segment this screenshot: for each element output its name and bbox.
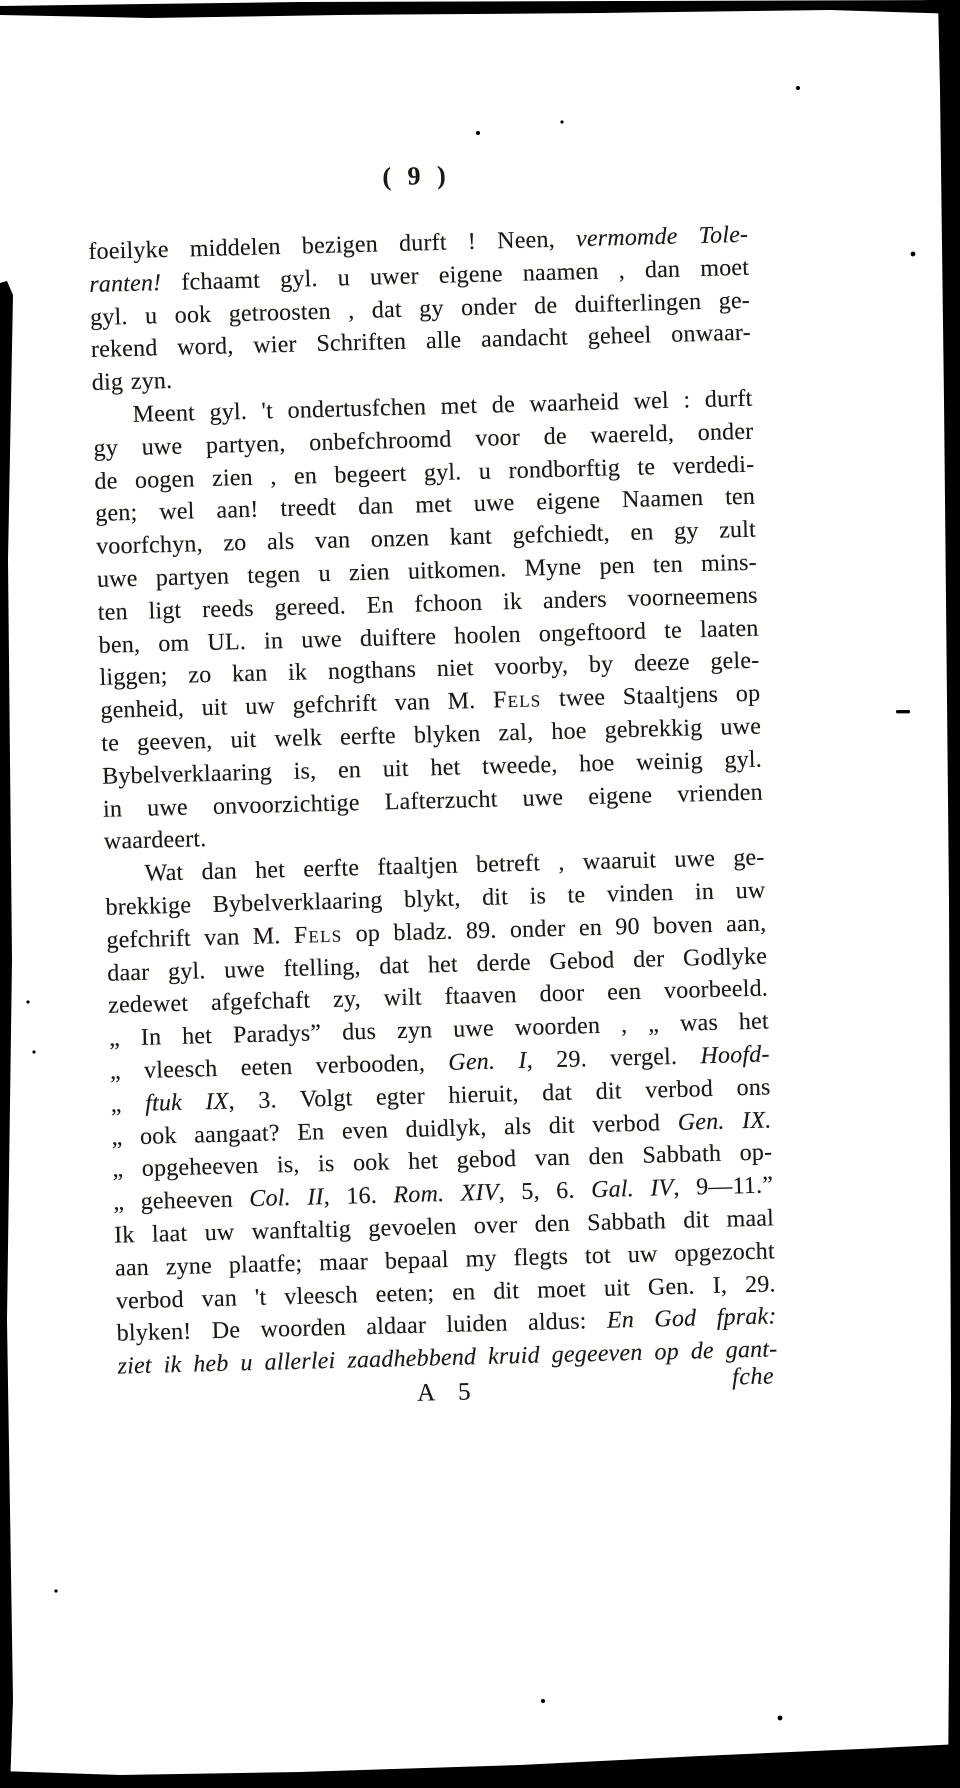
text-run: Col. II <box>249 1184 324 1212</box>
text-run: Gen. I <box>448 1048 527 1076</box>
text-run: Rom. XIV <box>393 1180 499 1209</box>
text-run: Gal. IV <box>591 1175 674 1203</box>
page-text-block: ( 9 ) foeilyke middelen bezigen durft ! … <box>88 219 779 1419</box>
text-run: ftuk IX <box>145 1088 229 1116</box>
top-right-blob <box>925 0 960 52</box>
text-run: , 29. vergel. <box>526 1043 700 1074</box>
body-text: foeilyke middelen bezigen durft ! Neen, … <box>88 219 778 1384</box>
text-run: vermomde Tole- <box>576 222 749 252</box>
text-run: waardeert. <box>104 826 207 855</box>
text-run: Fels <box>294 921 343 948</box>
text-run: Hoofd- <box>700 1041 770 1069</box>
text-run: , 9—11.” <box>673 1173 773 1202</box>
text-run: En God fprak: <box>607 1304 777 1334</box>
text-run: „ geheeven <box>113 1186 250 1216</box>
left-edge-strip <box>0 281 13 1788</box>
speck <box>796 86 800 90</box>
speck <box>541 1699 545 1703</box>
text-run: ranten! <box>89 270 162 298</box>
page-number: ( 9 ) <box>86 153 747 200</box>
catchword: fche <box>732 1359 775 1394</box>
book-page: ( 9 ) foeilyke middelen bezigen durft ! … <box>0 0 960 1788</box>
right-edge-strip <box>938 0 960 1788</box>
speck <box>911 252 916 257</box>
speck <box>26 1000 29 1003</box>
text-run: twee Staaltjens op <box>541 681 760 713</box>
bottom-scan-bar <box>0 1744 960 1788</box>
speck <box>476 131 480 135</box>
speck <box>778 1716 783 1721</box>
text-run: , 16. <box>323 1182 393 1210</box>
top-scan-bar <box>0 0 960 18</box>
speck <box>54 1589 57 1592</box>
text-run: , 5, 6. <box>498 1177 591 1205</box>
text-run: dig zyn. <box>92 368 173 396</box>
text-run: gefchrift van M. <box>106 923 294 954</box>
text-run: Gen. IX. <box>677 1107 771 1135</box>
speck-dash <box>896 710 910 713</box>
signature-mark: A 5 <box>417 1378 480 1407</box>
text-run: „ <box>110 1091 145 1118</box>
text-run: Fels <box>493 686 542 713</box>
speck <box>32 1050 35 1053</box>
speck <box>560 120 563 123</box>
text-run: „ vleesch eeten verbooden, <box>110 1050 449 1085</box>
